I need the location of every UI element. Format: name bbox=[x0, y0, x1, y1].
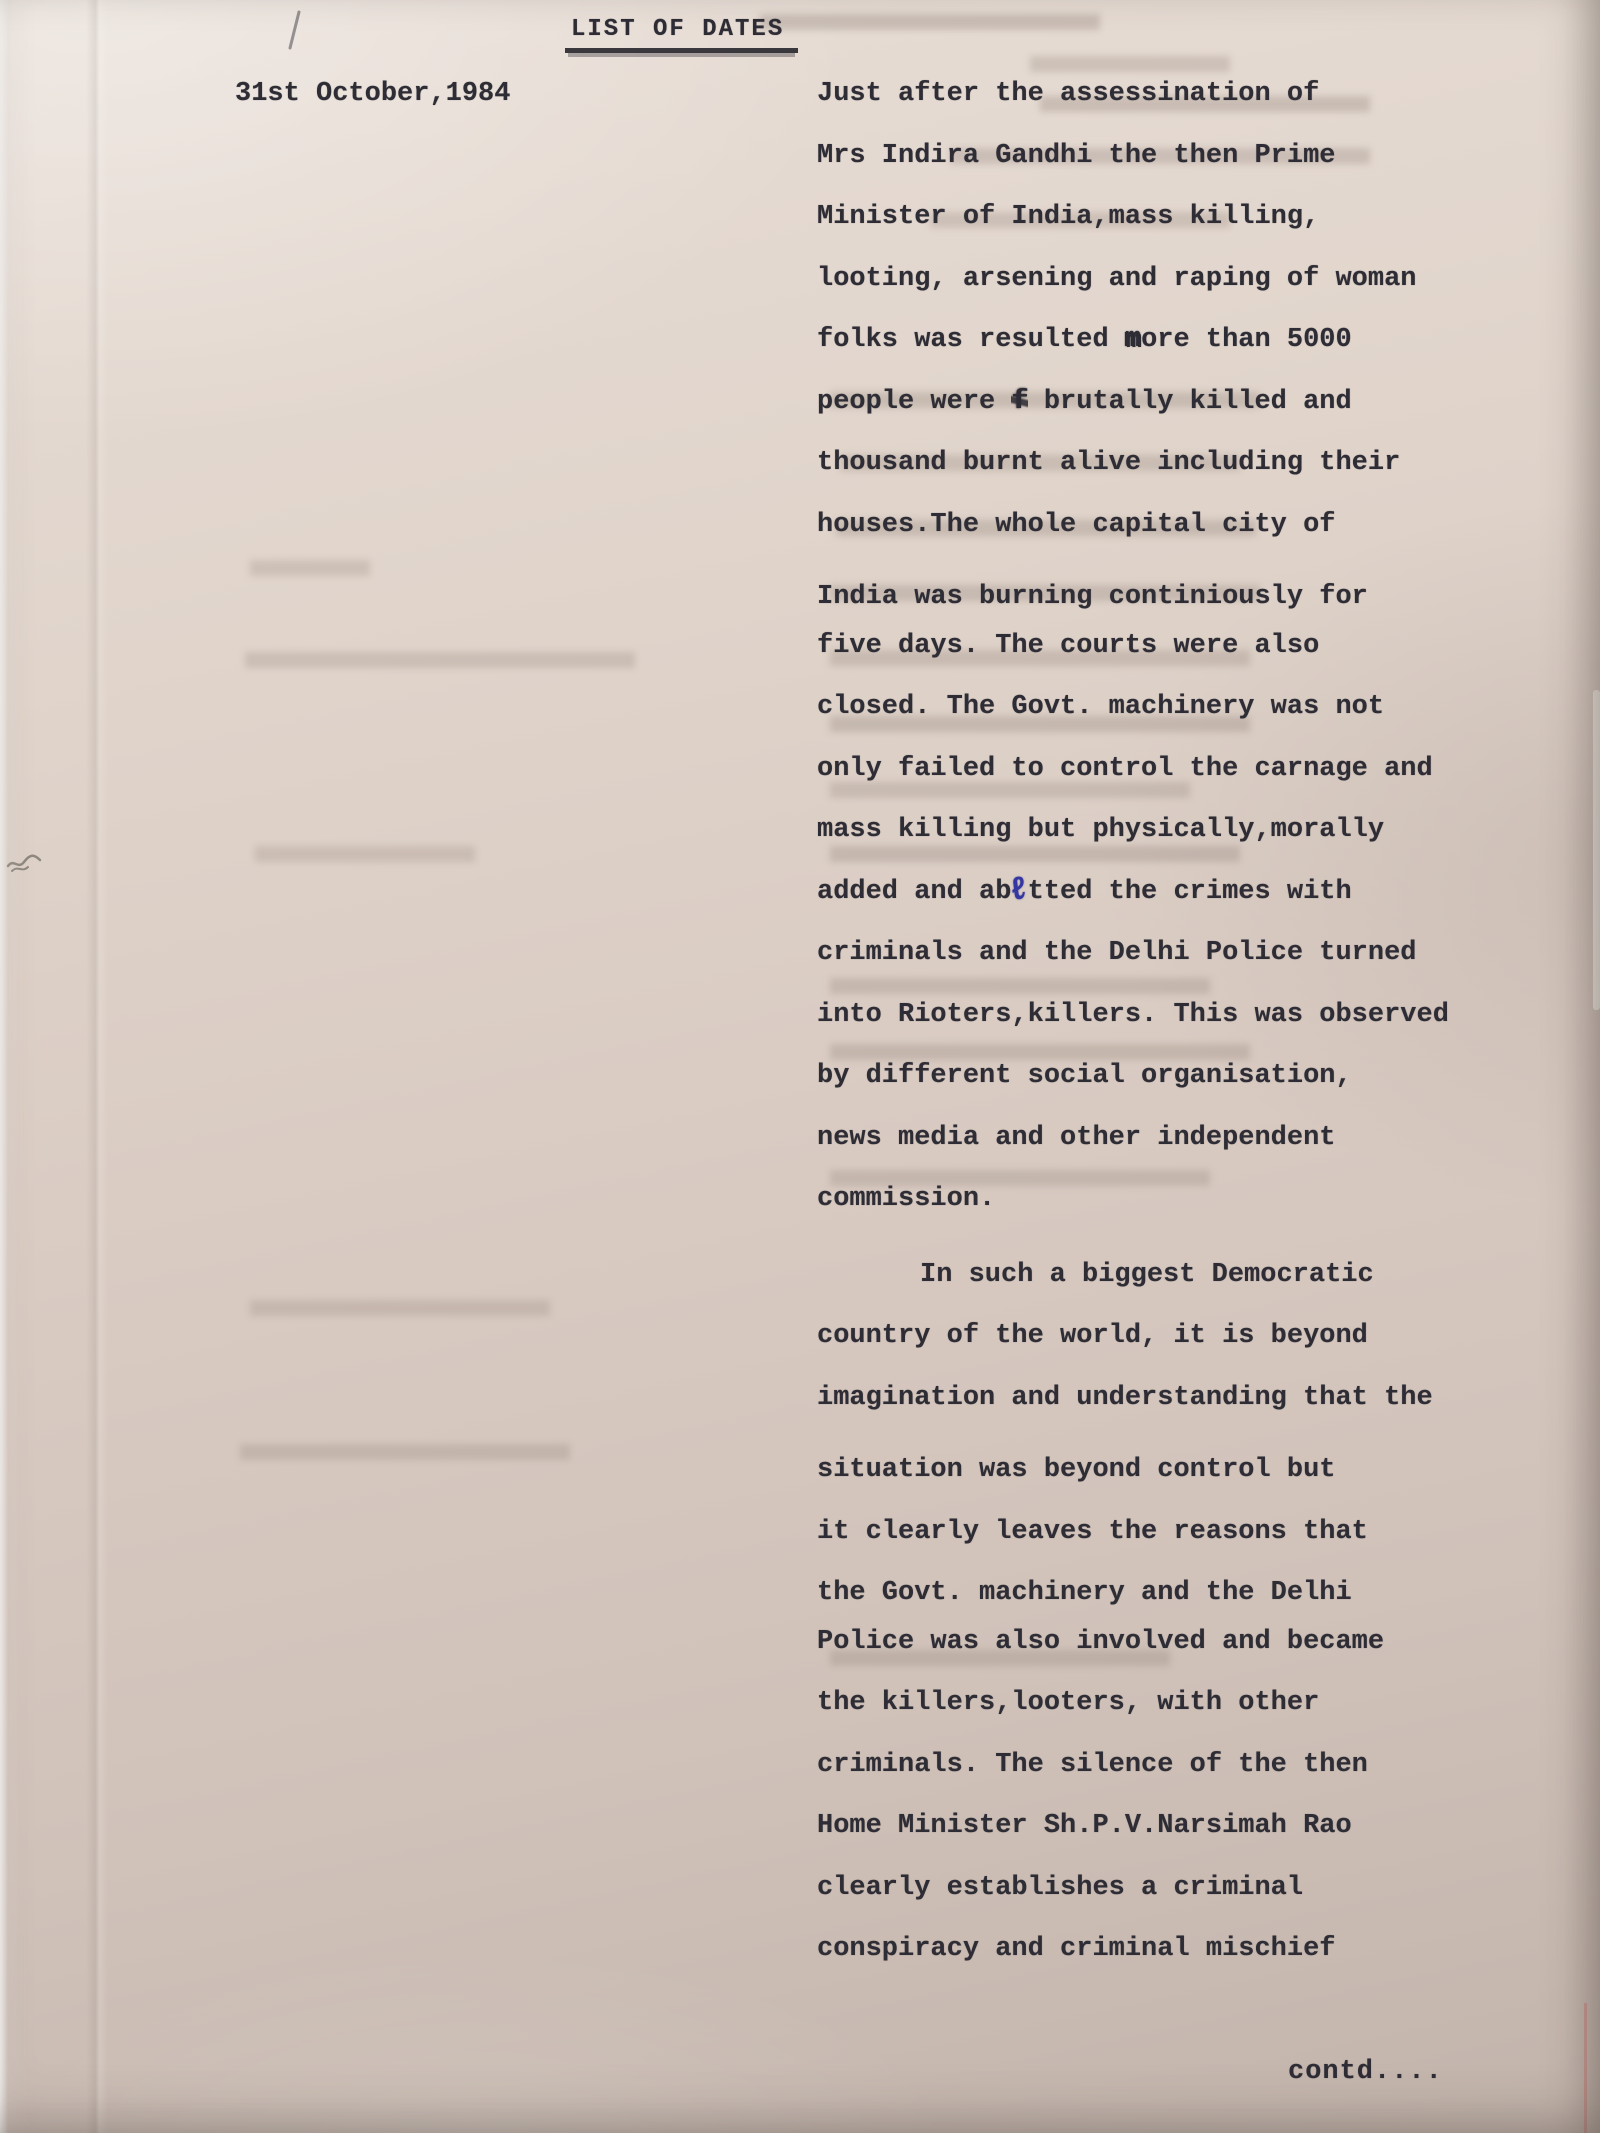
typed-text: Minister of India,mass killing, bbox=[817, 202, 1319, 232]
contd-footer: contd.... bbox=[1288, 2042, 1443, 2104]
typed-text: commission. bbox=[817, 1184, 995, 1214]
typed-line: by different social organisation, bbox=[817, 1046, 1537, 1108]
page-left-edge bbox=[0, 0, 8, 2133]
typed-line: Mrs Indira Gandhi the then Prime bbox=[817, 126, 1537, 188]
typed-text: brutally killed and bbox=[1028, 387, 1352, 417]
typed-line: country of the world, it is beyond bbox=[817, 1306, 1537, 1368]
typed-text: tted the crimes with bbox=[1028, 877, 1352, 907]
typed-text: country of the world, it is beyond bbox=[817, 1321, 1368, 1351]
typed-line: five days. The courts were also bbox=[817, 616, 1537, 678]
typed-text: only failed to control the carnage and bbox=[817, 754, 1433, 784]
typed-text: five days. The courts were also bbox=[817, 631, 1319, 661]
typed-line: folks was resulted more than 5000 bbox=[817, 310, 1537, 372]
typed-text: clearly establishes a criminal bbox=[817, 1873, 1303, 1903]
typed-text: Mrs Indira Gandhi the then Prime bbox=[817, 141, 1335, 171]
typed-text: people were bbox=[817, 387, 1011, 417]
margin-pencil-mark bbox=[4, 844, 50, 876]
page-edge-pink-line bbox=[1584, 2003, 1587, 2133]
typed-line: criminals and the Delhi Police turned bbox=[817, 923, 1537, 985]
typed-text: criminals and the Delhi Police turned bbox=[817, 938, 1417, 968]
typed-line: criminals. The silence of the then bbox=[817, 1735, 1537, 1797]
typed-text: imagination and understanding that the bbox=[817, 1383, 1433, 1413]
paragraph: Just after the assessination ofMrs Indir… bbox=[817, 64, 1537, 1231]
typed-text: situation was beyond control but bbox=[817, 1455, 1335, 1485]
document-title: LIST OF DATES bbox=[565, 16, 798, 53]
typed-line: closed. The Govt. machinery was not bbox=[817, 677, 1537, 739]
typed-text: the killers,looters, with other bbox=[817, 1688, 1319, 1718]
page-right-edge-sliver bbox=[1593, 690, 1600, 1010]
typed-text: added and ab bbox=[817, 877, 1011, 907]
typed-line: Just after the assessination of bbox=[817, 64, 1537, 126]
typed-line: added and abℓtted the crimes with bbox=[817, 862, 1537, 924]
typed-line: only failed to control the carnage and bbox=[817, 739, 1537, 801]
typed-text: closed. The Govt. machinery was not bbox=[817, 692, 1384, 722]
blot-correction-text: m bbox=[1125, 325, 1141, 355]
typed-text: looting, arsening and raping of woman bbox=[817, 264, 1417, 294]
typed-line: In such a biggest Democratic bbox=[817, 1245, 1537, 1307]
typed-line: into Rioters,killers. This was observed bbox=[817, 985, 1537, 1047]
typed-text: the Govt. machinery and the Delhi bbox=[817, 1578, 1352, 1608]
typed-line: mass killing but physically,morally bbox=[817, 800, 1537, 862]
typed-line: clearly establishes a criminal bbox=[817, 1858, 1537, 1920]
typed-body: Just after the assessination ofMrs Indir… bbox=[817, 64, 1537, 1981]
typed-text: houses.The whole capital city of bbox=[817, 510, 1335, 540]
typed-line: imagination and understanding that the bbox=[817, 1368, 1537, 1430]
typed-text: India was burning continiously for bbox=[817, 582, 1368, 612]
typed-line: conspiracy and criminal mischief bbox=[817, 1919, 1537, 1981]
typed-line: Police was also involved and became bbox=[817, 1612, 1537, 1674]
typed-text: it clearly leaves the reasons that bbox=[817, 1517, 1368, 1547]
typed-text: criminals. The silence of the then bbox=[817, 1750, 1368, 1780]
typed-line: looting, arsening and raping of woman bbox=[817, 249, 1537, 311]
typed-text: by different social organisation, bbox=[817, 1061, 1352, 1091]
pen-slash-mark bbox=[288, 10, 301, 50]
typed-line: it clearly leaves the reasons that bbox=[817, 1502, 1537, 1564]
typed-text: thousand burnt alive including their bbox=[817, 448, 1400, 478]
typed-text: ore than 5000 bbox=[1141, 325, 1352, 355]
paragraph: In such a biggest Democraticcountry of t… bbox=[817, 1245, 1537, 1981]
typed-text: folks was resulted bbox=[817, 325, 1125, 355]
typed-line: the killers,looters, with other bbox=[817, 1673, 1537, 1735]
strike-correction-text: f bbox=[1011, 387, 1027, 417]
typed-line: commission. bbox=[817, 1169, 1537, 1231]
typed-text: mass killing but physically,morally bbox=[817, 815, 1384, 845]
typed-line: thousand burnt alive including their bbox=[817, 433, 1537, 495]
document-page: LIST OF DATES 31st October,1984 Just aft… bbox=[0, 0, 1600, 2133]
typed-line: houses.The whole capital city of bbox=[817, 495, 1537, 557]
paper-crease bbox=[86, 0, 108, 2133]
typed-line: Minister of India,mass killing, bbox=[817, 187, 1537, 249]
typed-text: into Rioters,killers. This was observed bbox=[817, 1000, 1449, 1030]
typed-line: Home Minister Sh.P.V.Narsimah Rao bbox=[817, 1796, 1537, 1858]
typed-line: situation was beyond control but bbox=[817, 1440, 1537, 1502]
typed-text: Home Minister Sh.P.V.Narsimah Rao bbox=[817, 1811, 1352, 1841]
typed-text: news media and other independent bbox=[817, 1123, 1335, 1153]
date-label: 31st October,1984 bbox=[235, 64, 510, 126]
typed-line: people were f brutally killed and bbox=[817, 372, 1537, 434]
typed-text: Just after the assessination of bbox=[817, 79, 1319, 109]
typed-line: news media and other independent bbox=[817, 1108, 1537, 1170]
typed-text: conspiracy and criminal mischief bbox=[817, 1934, 1335, 1964]
typed-text: In such a biggest Democratic bbox=[920, 1260, 1374, 1290]
typed-text: Police was also involved and became bbox=[817, 1627, 1384, 1657]
